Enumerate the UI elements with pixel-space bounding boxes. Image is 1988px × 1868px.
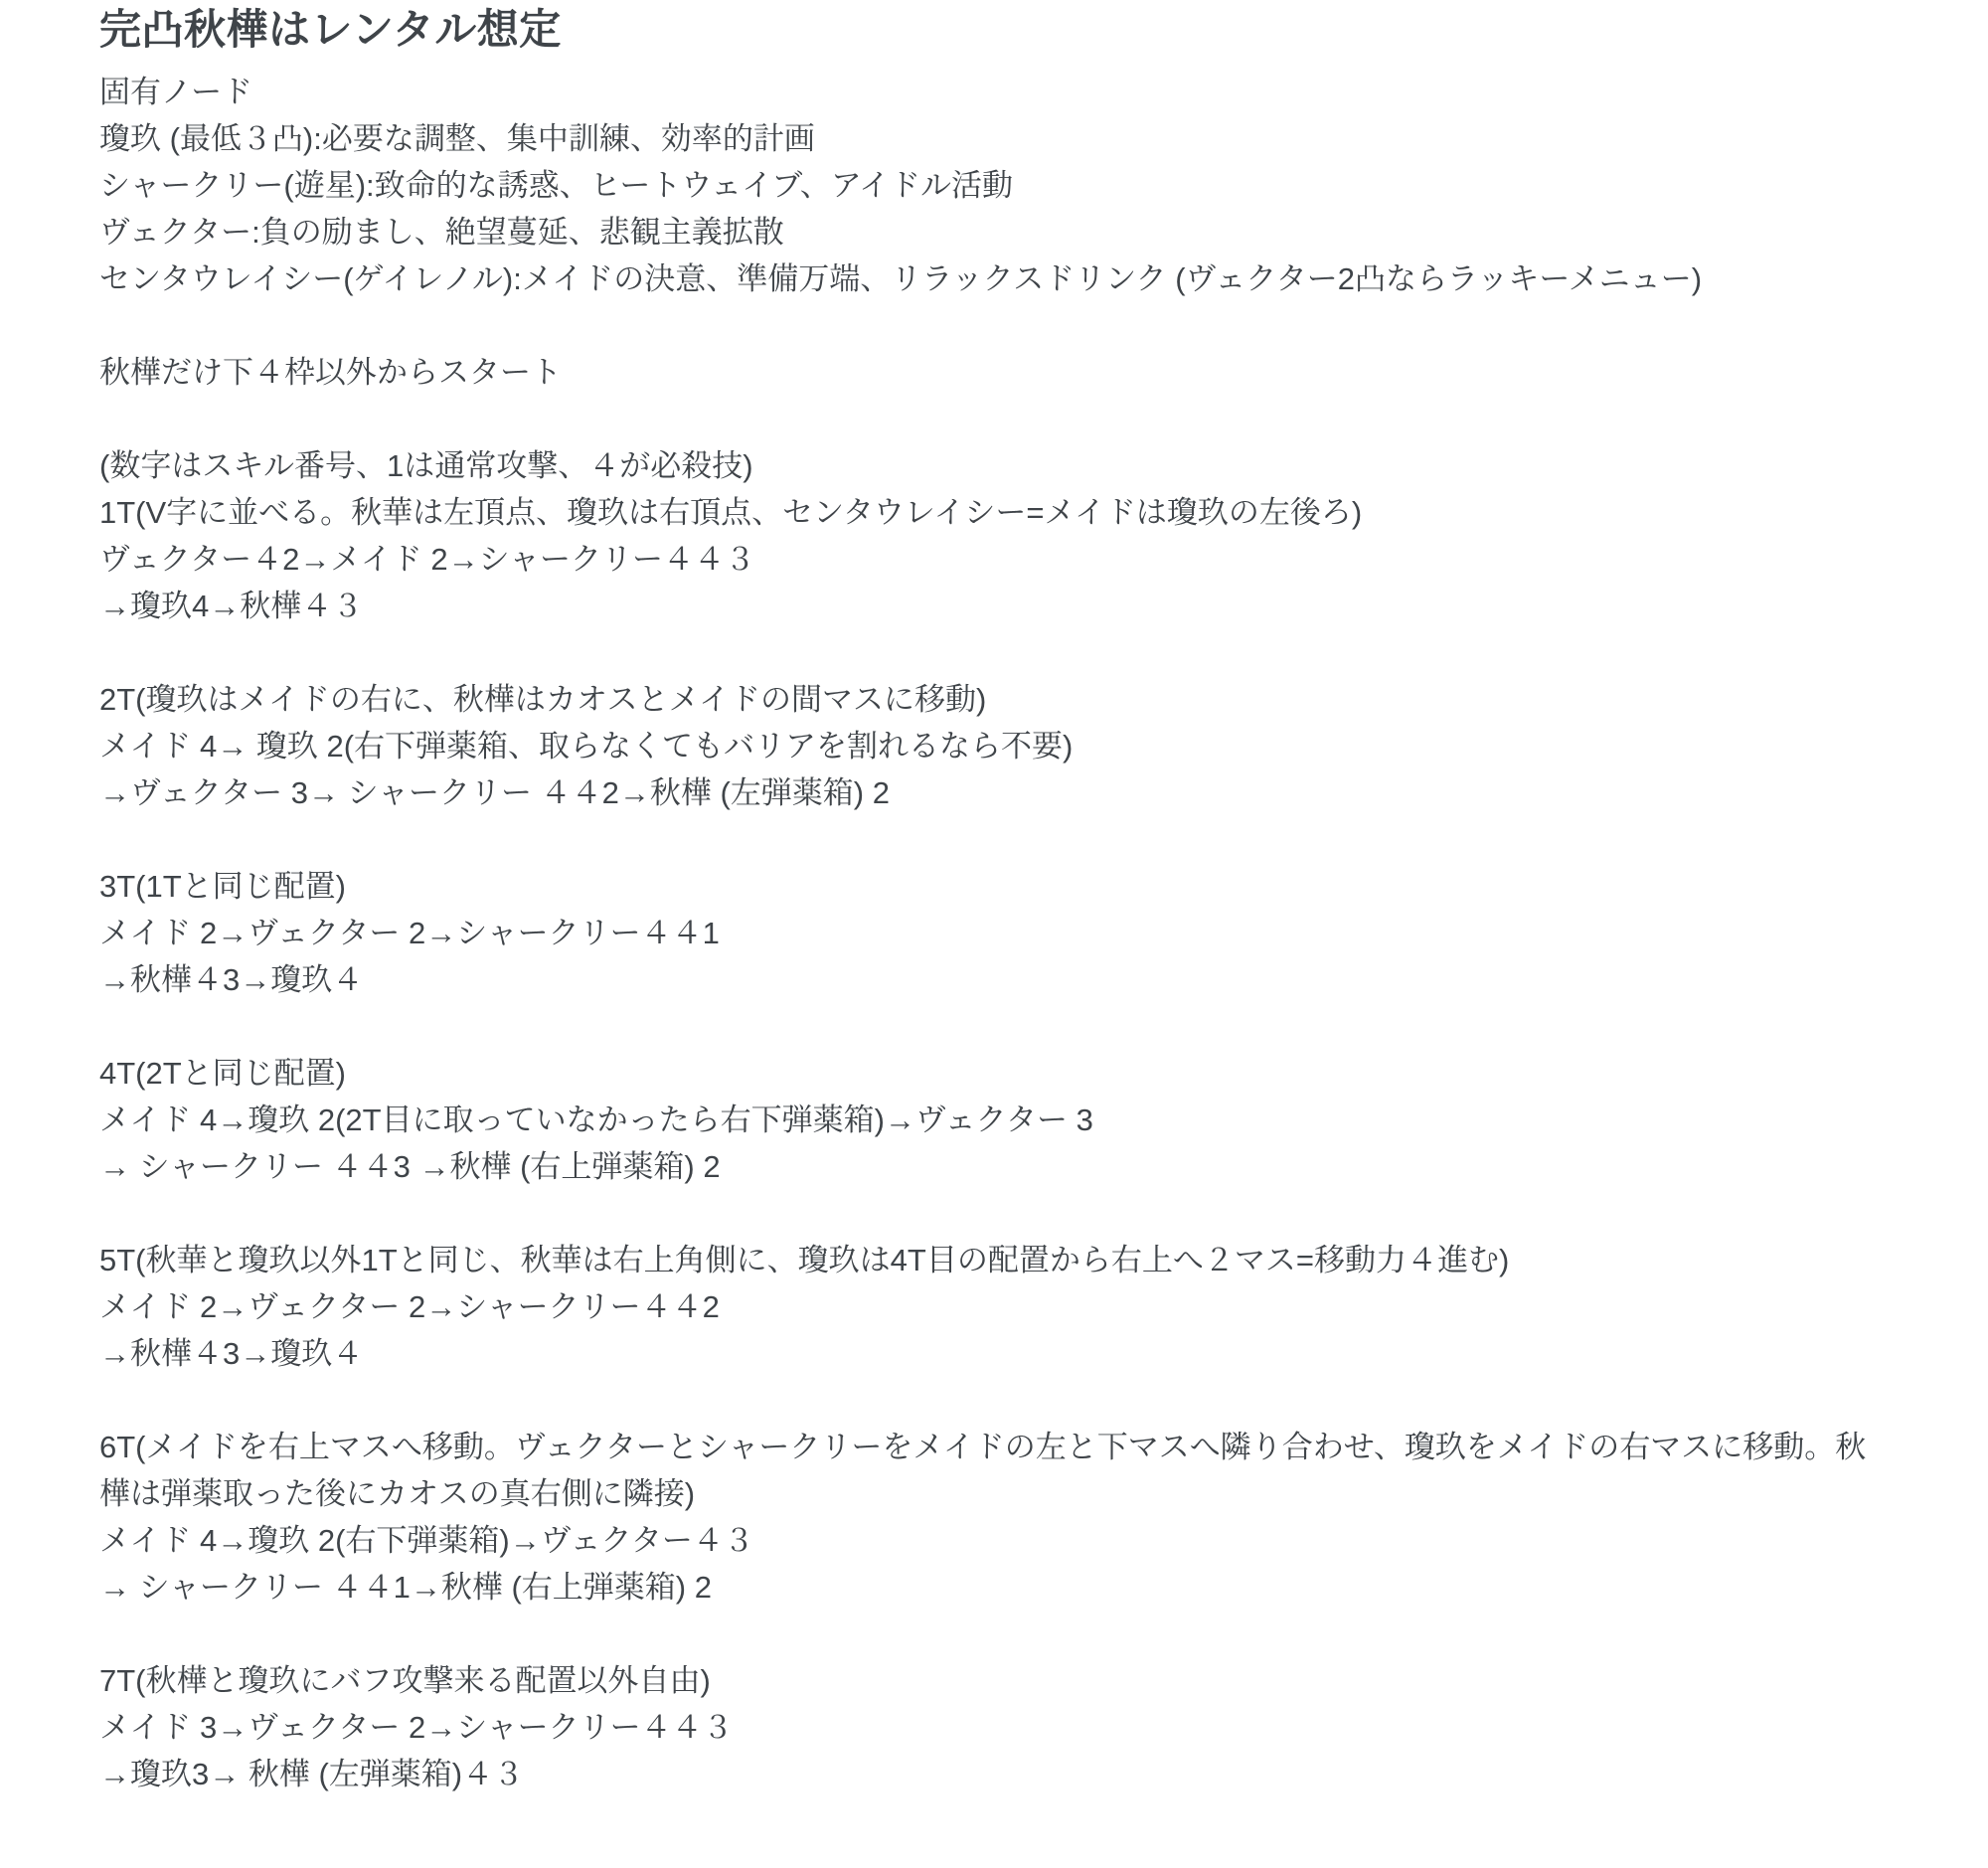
paragraph: 秋樺だけ下４枠以外からスタート xyxy=(99,349,1889,396)
text-line: →瓊玖3→ 秋樺 (左弾薬箱)４３ xyxy=(99,1751,1889,1797)
paragraph: (数字はスキル番号、1は通常攻撃、４が必殺技)1T(V字に並べる。秋華は左頂点、… xyxy=(99,442,1889,629)
text-line: 5T(秋華と瓊玖以外1Tと同じ、秋華は右上角側に、瓊玖は4T目の配置から右上へ２… xyxy=(99,1237,1889,1283)
paragraph: 7T(秋樺と瓊玖にバフ攻撃来る配置以外自由)メイド 3→ヴェクター 2→シャーク… xyxy=(99,1657,1889,1797)
text-line: メイド 4→ 瓊玖 2(右下弾薬箱、取らなくてもバリアを割れるなら不要) xyxy=(99,723,1889,769)
text-line: 固有ノード xyxy=(99,69,1889,115)
paragraph: 5T(秋華と瓊玖以外1Tと同じ、秋華は右上角側に、瓊玖は4T目の配置から右上へ２… xyxy=(99,1237,1889,1377)
paragraph: 固有ノード瓊玖 (最低３凸):必要な調整、集中訓練、効率的計画シャークリー(遊星… xyxy=(99,69,1889,302)
text-line: →秋樺４3→瓊玖４ xyxy=(99,1330,1889,1377)
text-line: 瓊玖 (最低３凸):必要な調整、集中訓練、効率的計画 xyxy=(99,115,1889,162)
text-line: ヴェクター４2→メイド 2→シャークリー４４３ xyxy=(99,536,1889,583)
text-line: 2T(瓊玖はメイドの右に、秋樺はカオスとメイドの間マスに移動) xyxy=(99,676,1889,723)
text-line: 1T(V字に並べる。秋華は左頂点、瓊玖は右頂点、センタウレイシー=メイドは瓊玖の… xyxy=(99,489,1889,536)
page-title: 完凸秋樺はレンタル想定 xyxy=(99,4,1889,56)
text-line: 秋樺だけ下４枠以外からスタート xyxy=(99,349,1889,396)
text-line: センタウレイシー(ゲイレノル):メイドの決意、準備万端、リラックスドリンク (ヴ… xyxy=(99,255,1889,302)
text-line: ヴェクター:負の励まし、絶望蔓延、悲観主義拡散 xyxy=(99,209,1889,255)
text-line: → シャークリー ４４1→秋樺 (右上弾薬箱) 2 xyxy=(99,1564,1889,1611)
text-line: →ヴェクター 3→ シャークリー ４４2→秋樺 (左弾薬箱) 2 xyxy=(99,769,1889,816)
text-line: メイド 3→ヴェクター 2→シャークリー４４３ xyxy=(99,1704,1889,1751)
text-line: シャークリー(遊星):致命的な誘惑、ヒートウェイブ、アイドル活動 xyxy=(99,162,1889,209)
page: { "page": { "background_color": "#ffffff… xyxy=(0,0,1988,1868)
text-line: メイド 4→瓊玖 2(右下弾薬箱)→ヴェクター４３ xyxy=(99,1517,1889,1564)
text-line: (数字はスキル番号、1は通常攻撃、４が必殺技) xyxy=(99,442,1889,489)
text-line: メイド 4→瓊玖 2(2T目に取っていなかったら右下弾薬箱)→ヴェクター 3 xyxy=(99,1097,1889,1143)
text-line: 3T(1Tと同じ配置) xyxy=(99,863,1889,910)
text-line: →秋樺４3→瓊玖４ xyxy=(99,956,1889,1003)
text-line: →瓊玖4→秋樺４３ xyxy=(99,583,1889,629)
text-line: 6T(メイドを右上マスへ移動。ヴェクターとシャークリーをメイドの左と下マスへ隣り… xyxy=(99,1424,1889,1517)
paragraph-list: 固有ノード瓊玖 (最低３凸):必要な調整、集中訓練、効率的計画シャークリー(遊星… xyxy=(99,69,1889,1797)
text-line: 7T(秋樺と瓊玖にバフ攻撃来る配置以外自由) xyxy=(99,1657,1889,1704)
text-line: メイド 2→ヴェクター 2→シャークリー４４2 xyxy=(99,1283,1889,1330)
paragraph: 4T(2Tと同じ配置)メイド 4→瓊玖 2(2T目に取っていなかったら右下弾薬箱… xyxy=(99,1050,1889,1190)
text-line: 4T(2Tと同じ配置) xyxy=(99,1050,1889,1097)
text-line: → シャークリー ４４3 →秋樺 (右上弾薬箱) 2 xyxy=(99,1143,1889,1190)
paragraph: 6T(メイドを右上マスへ移動。ヴェクターとシャークリーをメイドの左と下マスへ隣り… xyxy=(99,1424,1889,1611)
document-body: 完凸秋樺はレンタル想定 固有ノード瓊玖 (最低３凸):必要な調整、集中訓練、効率… xyxy=(99,4,1889,1797)
text-line: メイド 2→ヴェクター 2→シャークリー４４1 xyxy=(99,910,1889,956)
paragraph: 3T(1Tと同じ配置)メイド 2→ヴェクター 2→シャークリー４４1→秋樺４3→… xyxy=(99,863,1889,1003)
paragraph: 2T(瓊玖はメイドの右に、秋樺はカオスとメイドの間マスに移動)メイド 4→ 瓊玖… xyxy=(99,676,1889,816)
